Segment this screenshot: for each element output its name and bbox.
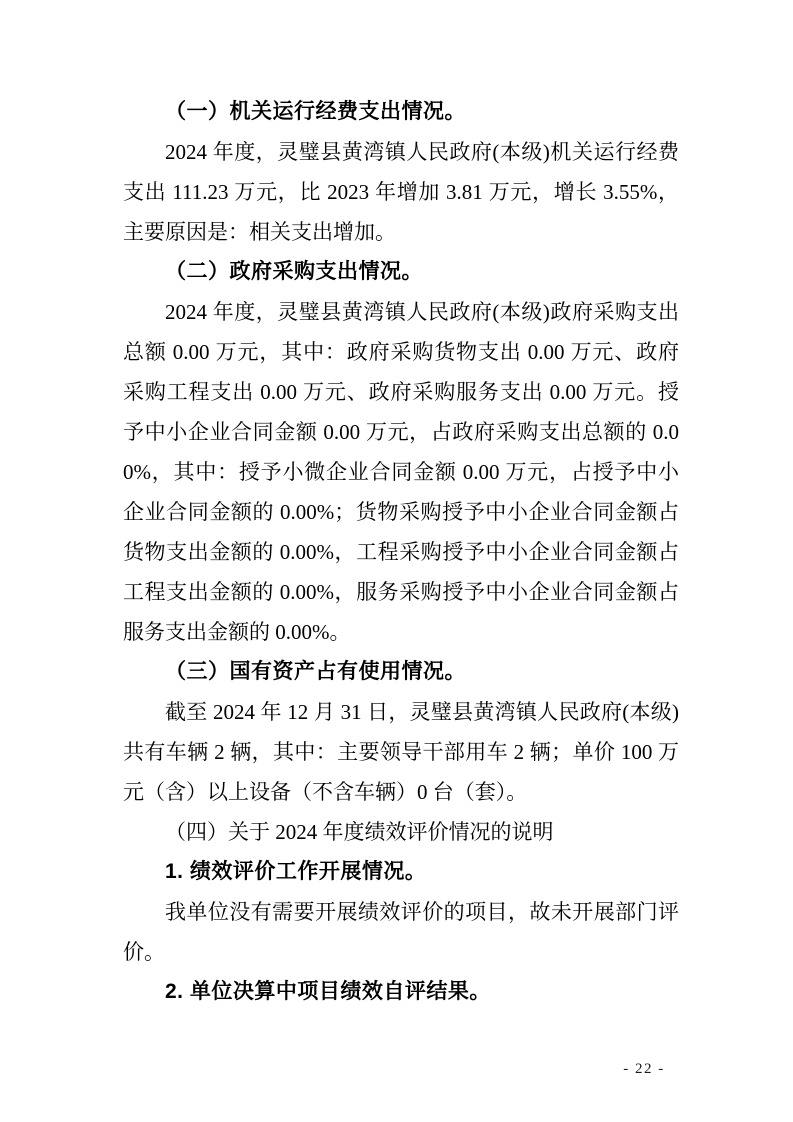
document-page: （一）机关运行经费支出情况。 2024 年度，灵璧县黄湾镇人民政府(本级)机关运… — [0, 0, 793, 1122]
paragraph-government-procurement: 2024 年度，灵璧县黄湾镇人民政府(本级)政府采购支出总额 0.00 万元，其… — [123, 292, 679, 652]
paragraph-state-assets: 截至 2024 年 12 月 31 日，灵璧县黄湾镇人民政府(本级)共有车辆 2… — [123, 692, 679, 812]
page-number: - 22 - — [598, 1060, 690, 1078]
heading-performance-evaluation: （四）关于 2024 年度绩效评价情况的说明 — [123, 812, 679, 852]
heading-state-assets: （三）国有资产占有使用情况。 — [123, 652, 679, 692]
heading-agency-operating-expense: （一）机关运行经费支出情况。 — [123, 92, 679, 132]
paragraph-agency-operating-expense: 2024 年度，灵璧县黄湾镇人民政府(本级)机关运行经费支出 111.23 万元… — [123, 132, 679, 252]
subheading-self-evaluation-result: 2. 单位决算中项目绩效自评结果。 — [123, 972, 679, 1012]
paragraph-evaluation-work: 我单位没有需要开展绩效评价的项目，故未开展部门评价。 — [123, 892, 679, 972]
subheading-evaluation-work: 1. 绩效评价工作开展情况。 — [123, 852, 679, 892]
document-body: （一）机关运行经费支出情况。 2024 年度，灵璧县黄湾镇人民政府(本级)机关运… — [123, 92, 679, 1012]
heading-government-procurement: （二）政府采购支出情况。 — [123, 252, 679, 292]
